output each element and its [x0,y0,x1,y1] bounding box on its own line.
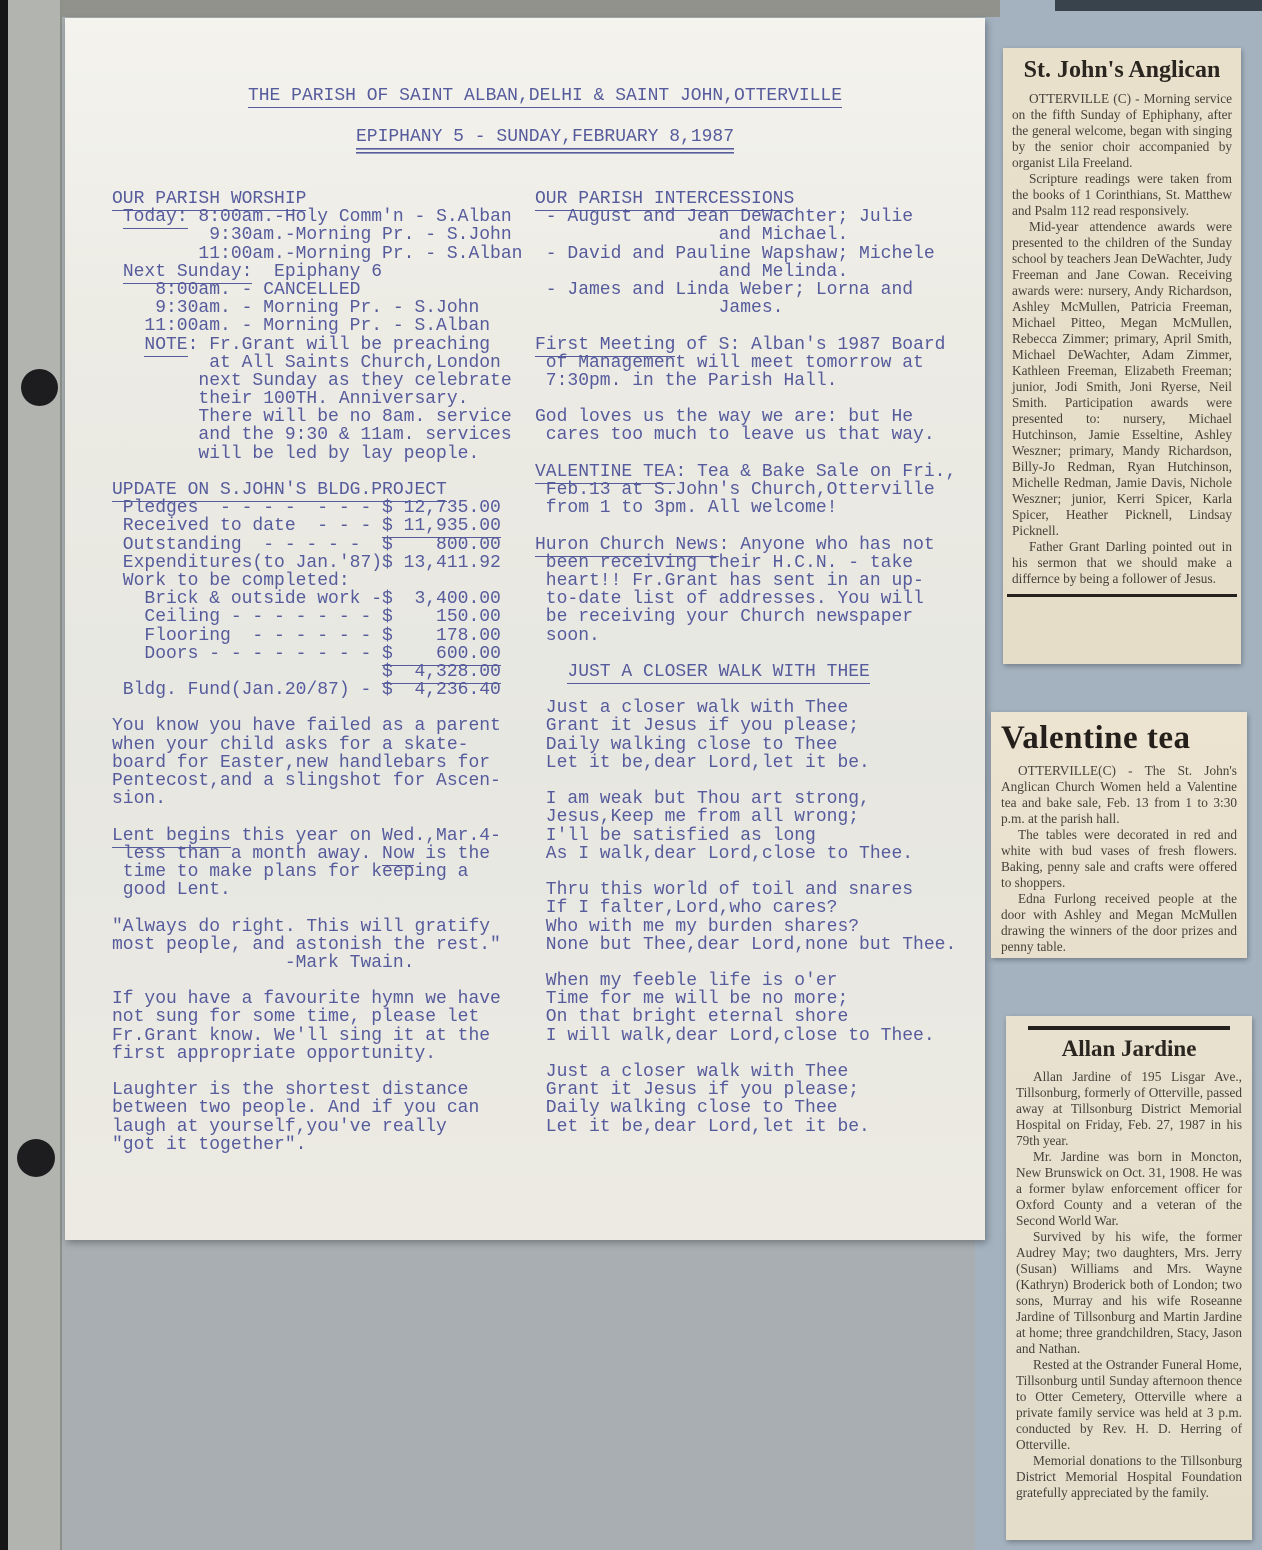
clipping-paragraph: Scripture readings were taken from the b… [1012,171,1232,219]
clipping-paragraph: Edna Furlong received people at the door… [1001,891,1237,955]
text-line [535,954,983,972]
text-line: be receiving your Church newspaper [535,608,983,626]
text-line: Pledges - - - - - - - $ 12,735.00 [112,499,532,517]
text-line: Grant it Jesus if you please; [535,717,983,735]
text-line: James. [535,299,983,317]
text-line: time to make plans for keeping a [112,863,532,881]
text-line: laugh at yourself,you've really [112,1118,532,1136]
bulletin-subtitle: EPIPHANY 5 - SUNDAY,FEBRUARY 8,1987 [105,127,985,147]
text-line: Let it be,dear Lord,let it be. [535,1118,983,1136]
text-line: I am weak but Thou art strong, [535,790,983,808]
text-line: most people, and astonish the rest." [112,936,532,954]
clipping-paragraph: Father Grant Darling pointed out in his … [1012,539,1232,587]
text-line [535,445,983,463]
text-line [112,808,532,826]
text-line: Feb.13 at S.John's Church,Otterville [535,481,983,499]
text-line: Received to date - - - $ 11,935.00 [112,517,532,535]
text-line: 11:00am.-Morning Pr. - S.Alban [112,245,532,263]
text-line: VALENTINE TEA: Tea & Bake Sale on Fri., [535,463,983,481]
text-line: been receiving their H.C.N. - take [535,554,983,572]
bulletin-header: THE PARISH OF SAINT ALBAN,DELHI & SAINT … [105,86,985,147]
divider [1007,594,1237,597]
page-top-strip [0,0,1000,17]
text-line: and Melinda. [535,263,983,281]
text-line [535,863,983,881]
text-line: God loves us the way we are: but He [535,408,983,426]
text-line: - David and Pauline Wapshaw; Michele [535,245,983,263]
text-line: heart!! Fr.Grant has sent in an up- [535,572,983,590]
text-line: from 1 to 3pm. All welcome! [535,499,983,517]
text-line [112,972,532,990]
text-line: You know you have failed as a parent [112,717,532,735]
bulletin-title: THE PARISH OF SAINT ALBAN,DELHI & SAINT … [105,86,985,106]
text-line: good Lent. [112,881,532,899]
text-line: Pentecost,and a slingshot for Ascen- [112,772,532,790]
text-line: When my feeble life is o'er [535,972,983,990]
text-line [535,645,983,663]
clipping-allan-jardine: Allan Jardine Allan Jardine of 195 Lisga… [1006,1016,1252,1540]
text-line: less than a month away. Now is the [112,845,532,863]
text-line: to-date list of addresses. You will [535,590,983,608]
text-line: OUR PARISH WORSHIP [112,190,532,208]
text-line: OUR PARISH INTERCESSIONS [535,190,983,208]
text-line: "Always do right. This will gratify [112,918,532,936]
clipping-st-johns-anglican: St. John's Anglican OTTERVILLE (C) - Mor… [1003,48,1241,664]
text-line: between two people. And if you can [112,1099,532,1117]
text-line [112,1063,532,1081]
text-line: Daily walking close to Thee [535,736,983,754]
page-top-dark-strip [1055,0,1262,11]
bulletin-title-text: THE PARISH OF SAINT ALBAN,DELHI & SAINT … [248,86,842,108]
text-line: 9:30am.-Morning Pr. - S.John [112,226,532,244]
text-line: First Meeting of S: Alban's 1987 Board [535,336,983,354]
text-line: Brick & outside work -$ 3,400.00 [112,590,532,608]
clipping-valentine-tea: Valentine tea OTTERVILLE(C) - The St. Jo… [991,712,1247,958]
text-line: - James and Linda Weber; Lorna and [535,281,983,299]
text-line: NOTE: Fr.Grant will be preaching [112,336,532,354]
text-line: will be led by lay people. [112,445,532,463]
text-line: Outstanding - - - - - $ 800.00 [112,536,532,554]
text-line: Flooring - - - - - - $ 178.00 [112,627,532,645]
divider [1028,1026,1230,1030]
text-line: Fr.Grant know. We'll sing it at the [112,1027,532,1045]
clipping-paragraph: OTTERVILLE(C) - The St. John's Anglican … [1001,763,1237,827]
text-line: -Mark Twain. [112,954,532,972]
clipping-paragraph: Rested at the Ostrander Funeral Home, Ti… [1016,1357,1242,1453]
text-line [535,517,983,535]
text-line: I'll be satisfied as long [535,827,983,845]
text-line: Grant it Jesus if you please; [535,1081,983,1099]
text-line: UPDATE ON S.JOHN'S BLDG.PROJECT [112,481,532,499]
clipping-paragraph: Survived by his wife, the former Audrey … [1016,1229,1242,1357]
text-line: 8:00am. - CANCELLED [112,281,532,299]
text-line: cares too much to leave us that way. [535,426,983,444]
text-line: JUST A CLOSER WALK WITH THEE [535,663,983,681]
text-line: Doors - - - - - - - - $ 600.00 [112,645,532,663]
page-left-edge [0,0,8,1550]
clipping-paragraph: Memorial donations to the Tillsonburg Di… [1016,1453,1242,1501]
scrapbook-page: THE PARISH OF SAINT ALBAN,DELHI & SAINT … [0,0,1262,1550]
text-line: not sung for some time, please let [112,1008,532,1026]
text-line: Huron Church News: Anyone who has not [535,536,983,554]
text-line: "got it together". [112,1136,532,1154]
clipping-title: St. John's Anglican [1009,57,1235,84]
text-line: $ 4,328.00 [112,663,532,681]
text-line: first appropriate opportunity. [112,1045,532,1063]
clipping-body: Allan Jardine of 195 Lisgar Ave., Tillso… [1006,1069,1252,1501]
text-line: On that bright eternal shore [535,1008,983,1026]
text-line: - August and Jean DeWachter; Julie [535,208,983,226]
church-bulletin: THE PARISH OF SAINT ALBAN,DELHI & SAINT … [65,18,985,1240]
text-line: Who with me my burden shares? [535,918,983,936]
clipping-paragraph: Mr. Jardine was born in Moncton, New Bru… [1016,1149,1242,1229]
text-line: Next Sunday: Epiphany 6 [112,263,532,281]
text-line: 9:30am. - Morning Pr. - S.John [112,299,532,317]
text-line: None but Thee,dear Lord,none but Thee. [535,936,983,954]
text-line: of Management will meet tomorrow at [535,354,983,372]
bulletin-left-column: OUR PARISH WORSHIP Today: 8:00am.-Holy C… [112,190,532,1154]
hole-punch-top [21,369,58,406]
text-line: Just a closer walk with Thee [535,699,983,717]
text-line: and the 9:30 & 11am. services [112,426,532,444]
text-line [112,463,532,481]
text-line: Bldg. Fund(Jan.20/87) - $ 4,236.40 [112,681,532,699]
clipping-paragraph: Allan Jardine of 195 Lisgar Ave., Tillso… [1016,1069,1242,1149]
text-line: If I falter,Lord,who cares? [535,899,983,917]
text-line: sion. [112,790,532,808]
text-line: 7:30pm. in the Parish Hall. [535,372,983,390]
clipping-title: Valentine tea [1001,720,1239,757]
clipping-paragraph: The tables were decorated in red and whi… [1001,827,1237,891]
text-line [535,317,983,335]
text-line: Just a closer walk with Thee [535,1063,983,1081]
text-line: Laughter is the shortest distance [112,1081,532,1099]
binder-margin [8,0,62,1550]
bulletin-subtitle-text: EPIPHANY 5 - SUNDAY,FEBRUARY 8,1987 [356,127,734,154]
text-line: and Michael. [535,226,983,244]
text-line: Ceiling - - - - - - - $ 150.00 [112,608,532,626]
text-line: at All Saints Church,London [112,354,532,372]
clipping-body: OTTERVILLE (C) - Morning service on the … [1003,91,1241,587]
text-line: their 100TH. Anniversary. [112,390,532,408]
text-line: Jesus,Keep me from all wrong; [535,808,983,826]
text-line: when your child asks for a skate- [112,736,532,754]
clipping-paragraph: Mid-year attendence awards were presente… [1012,219,1232,539]
text-line: board for Easter,new handlebars for [112,754,532,772]
text-line: Work to be completed: [112,572,532,590]
bulletin-right-column: OUR PARISH INTERCESSIONS - August and Je… [535,190,983,1136]
text-line [535,1045,983,1063]
text-line: soon. [535,627,983,645]
text-line [535,390,983,408]
text-line [112,699,532,717]
text-line: As I walk,dear Lord,close to Thee. [535,845,983,863]
text-line: If you have a favourite hymn we have [112,990,532,1008]
text-line: Time for me will be no more; [535,990,983,1008]
clipping-title: Allan Jardine [1012,1036,1246,1062]
text-line: Daily walking close to Thee [535,1099,983,1117]
text-line: 11:00am. - Morning Pr. - S.Alban [112,317,532,335]
text-line: Thru this world of toil and snares [535,881,983,899]
text-line: Expenditures(to Jan.'87)$ 13,411.92 [112,554,532,572]
text-line: Let it be,dear Lord,let it be. [535,754,983,772]
text-line: Lent begins this year on Wed.,Mar.4- [112,827,532,845]
clipping-paragraph: OTTERVILLE (C) - Morning service on the … [1012,91,1232,171]
text-line: There will be no 8am. service [112,408,532,426]
clipping-body: OTTERVILLE(C) - The St. John's Anglican … [991,763,1247,955]
text-line: I will walk,dear Lord,close to Thee. [535,1027,983,1045]
text-line [535,772,983,790]
text-line: next Sunday as they celebrate [112,372,532,390]
hole-punch-bottom [17,1139,55,1177]
text-line: Today: 8:00am.-Holy Comm'n - S.Alban [112,208,532,226]
text-line [112,899,532,917]
